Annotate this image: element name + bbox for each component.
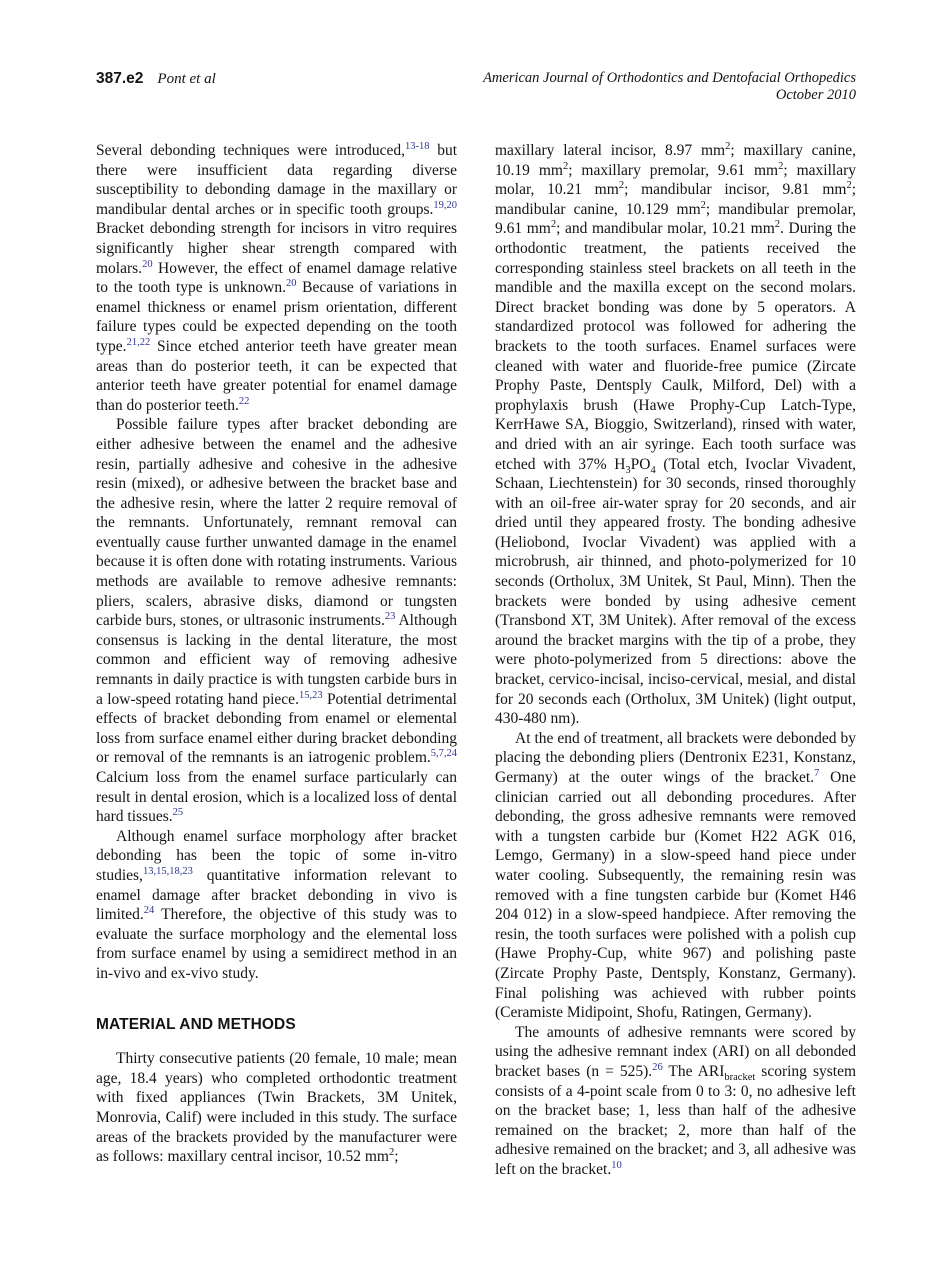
- paragraph: Thirty consecutive patients (20 female, …: [96, 1049, 457, 1167]
- citation-reference-link[interactable]: 13-18: [405, 141, 430, 152]
- text-columns: Several debonding techniques were introd…: [96, 141, 856, 1179]
- citation-reference-link[interactable]: 10: [611, 1160, 622, 1171]
- left-column: Several debonding techniques were introd…: [96, 141, 457, 1179]
- article-authors: Pont et al: [157, 71, 215, 88]
- citation-reference-link[interactable]: 22: [239, 396, 250, 407]
- citation-reference-link[interactable]: 15,23: [299, 689, 323, 700]
- paragraph: Several debonding techniques were introd…: [96, 141, 457, 415]
- paragraph: maxillary lateral incisor, 8.97 mm2; max…: [495, 141, 856, 729]
- superscript-text: 2: [725, 141, 730, 152]
- journal-title: American Journal of Orthodontics and Den…: [483, 70, 856, 87]
- superscript-text: 2: [778, 160, 783, 171]
- right-column: maxillary lateral incisor, 8.97 mm2; max…: [495, 141, 856, 1179]
- citation-reference-link[interactable]: 13,15,18,23: [143, 866, 193, 877]
- citation-reference-link[interactable]: 25: [173, 807, 184, 818]
- citation-reference-link[interactable]: 20: [286, 278, 297, 289]
- journal-page: 387.e2 Pont et al American Journal of Or…: [0, 0, 950, 1272]
- superscript-text: 2: [551, 219, 556, 230]
- issue-date: October 2010: [483, 87, 856, 104]
- citation-reference-link[interactable]: 26: [652, 1062, 663, 1073]
- superscript-text: 2: [701, 200, 706, 211]
- paragraph: At the end of treatment, all brackets we…: [495, 729, 856, 1023]
- superscript-text: 2: [389, 1147, 394, 1158]
- paragraph: The amounts of adhesive remnants were sc…: [495, 1023, 856, 1180]
- superscript-text: 2: [846, 180, 851, 191]
- citation-reference-link[interactable]: 5,7,24: [431, 748, 457, 759]
- page-number: 387.e2: [96, 70, 143, 88]
- running-head-right: American Journal of Orthodontics and Den…: [483, 70, 856, 104]
- paragraph: Possible failure types after bracket deb…: [96, 415, 457, 826]
- paragraph: Although enamel surface morphology after…: [96, 827, 457, 984]
- subscript-text: 4: [651, 465, 656, 476]
- citation-reference-link[interactable]: 19,20: [433, 200, 457, 211]
- superscript-text: 2: [563, 160, 568, 171]
- superscript-text: 2: [775, 219, 780, 230]
- running-head-left: 387.e2 Pont et al: [96, 70, 216, 88]
- subscript-text: bracket: [724, 1072, 755, 1083]
- subscript-text: 3: [625, 465, 630, 476]
- citation-reference-link[interactable]: 21,22: [127, 337, 151, 348]
- section-heading: MATERIAL AND METHODS: [96, 1015, 457, 1035]
- running-head: 387.e2 Pont et al American Journal of Or…: [96, 70, 856, 104]
- citation-reference-link[interactable]: 23: [385, 611, 396, 622]
- citation-reference-link[interactable]: 24: [144, 905, 155, 916]
- citation-reference-link[interactable]: 7: [814, 768, 819, 779]
- citation-reference-link[interactable]: 20: [142, 258, 153, 269]
- superscript-text: 2: [619, 180, 624, 191]
